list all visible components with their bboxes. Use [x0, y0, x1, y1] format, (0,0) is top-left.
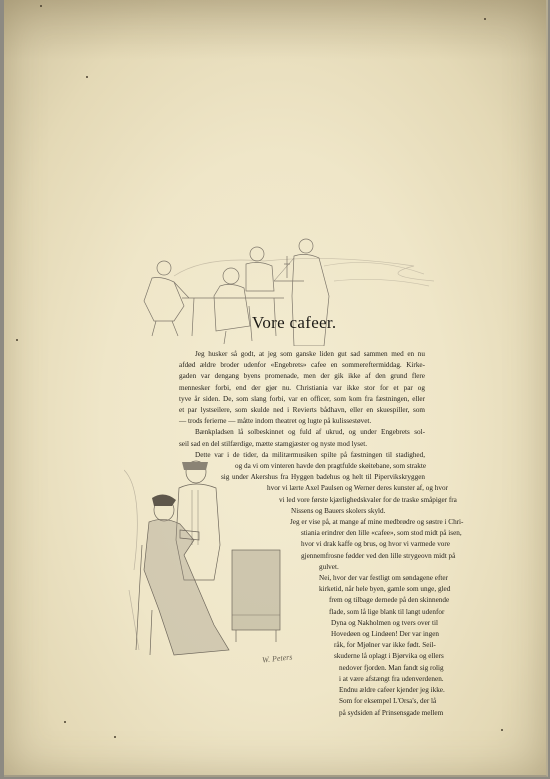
text-line: tyve år siden. De, som slang forbi, var … — [179, 394, 425, 405]
text-line: skuderne lå oplagt i Bjørvika og ellers — [334, 651, 425, 662]
text-line: Jeg husker så godt, at jeg som ganske li… — [179, 349, 425, 360]
text-line: i at være afstængt fra udenverdenen. — [339, 674, 425, 685]
text-line: nedover fjorden. Man fandt sig rolig — [339, 663, 425, 674]
text-line: Jeg er vise på, at mange af mine medbrød… — [290, 517, 425, 528]
text-line: sig under Akershus fra Hyggen badehus og… — [221, 472, 425, 483]
paper-speck — [40, 5, 42, 7]
text-line: råk, for Mjølner var ikke født. Seil- — [334, 640, 425, 651]
text-line: et par lystseilere, som skulde ned i Rev… — [179, 405, 425, 416]
text-line: Bænkpladsen lå solbeskinnet og fuld af u… — [179, 427, 425, 438]
text-line: mennesker forbi, end der gjør nu. Christ… — [179, 383, 425, 394]
text-line: gjennemfrosne fødder ved den lille stryg… — [301, 551, 425, 562]
text-line: Nissens og Bauers skolers skyld. — [291, 506, 425, 517]
paper-speck — [16, 339, 18, 341]
text-line: kirketid, når hele byen, gamle som unge,… — [319, 584, 425, 595]
text-line: seil sad en del stilfærdige, mætte stamg… — [179, 439, 425, 450]
text-line: — trods ferierne — måtte indom theatret … — [179, 416, 425, 427]
text-line: gulvet. — [319, 562, 425, 573]
body-text: Jeg husker så godt, at jeg som ganske li… — [179, 349, 425, 719]
text-line: Som for eksempel L'Orsa's, der lå — [339, 696, 425, 707]
text-line: Nei, hvor der var festligt om søndagene … — [319, 573, 425, 584]
text-line: stiania erindrer den lille «cafee», som … — [301, 528, 425, 539]
text-line: Dette var i de tider, da militærmusiken … — [179, 450, 425, 461]
text-line: Dyna og Nakholmen og tvers over til — [331, 618, 425, 629]
text-line: flade, som lå lige blank til langt udenf… — [329, 607, 425, 618]
text-line: Endnu ældre cafeer kjender jeg ikke. — [339, 685, 425, 696]
text-line: afdød ældre broder udenfor «Engebrets» c… — [179, 360, 425, 371]
page-title: Vore cafeer. — [252, 313, 336, 333]
paper-speck — [484, 18, 486, 20]
book-page: Vore cafeer. Jeg husker så godt, at jeg … — [4, 0, 548, 777]
paper-speck — [86, 76, 88, 78]
paper-speck — [64, 721, 66, 723]
text-line: gaden var dengang byens promenade, men d… — [179, 371, 425, 382]
text-line: og da vi om vinteren havde den pragtfuld… — [235, 461, 425, 472]
text-line: på sydsiden af Prinsensgade mellem — [339, 708, 425, 719]
text-line: frem og tilbage dernede på den skinnende — [329, 595, 425, 606]
text-line: vi led vore første kjærlighedskvaler for… — [279, 495, 425, 506]
paper-speck — [114, 736, 116, 738]
paper-stain — [4, 0, 546, 60]
text-line: hvor vi lærte Axel Paulsen og Werner der… — [267, 483, 425, 494]
paper-speck — [501, 729, 503, 731]
text-line: Hovedøen og Lindøen! Der var ingen — [331, 629, 425, 640]
text-line: hvor vi drak kaffe og brus, og hvor vi v… — [301, 539, 425, 550]
